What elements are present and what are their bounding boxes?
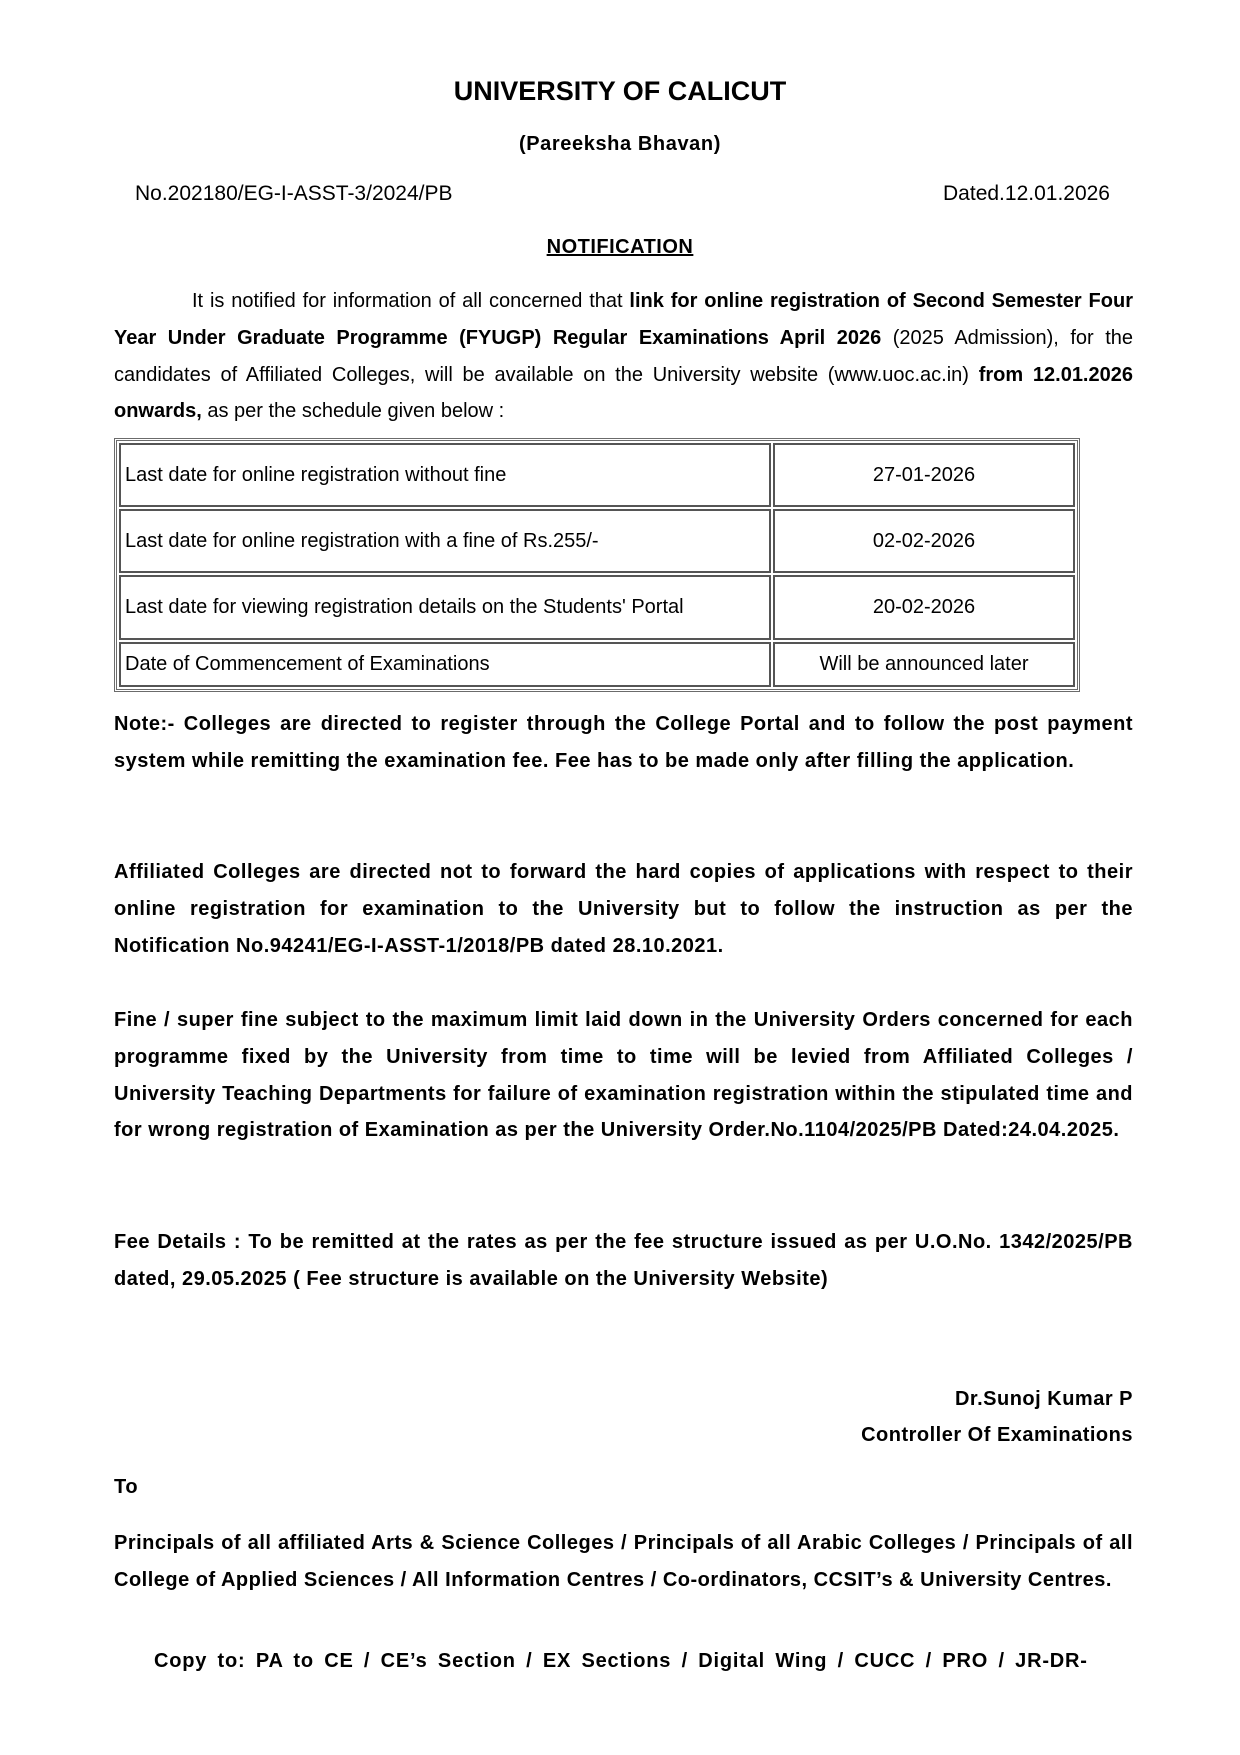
note-paragraph: Note:- Colleges are directed to register…: [114, 706, 1133, 780]
table-row: Last date for online registration with a…: [119, 509, 1075, 573]
copy-to-line: Copy to: PA to CE / CE’s Section / EX Se…: [154, 1650, 1130, 1673]
schedule-label: Date of Commencement of Examinations: [119, 642, 771, 687]
recipients-paragraph: Principals of all affiliated Arts & Scie…: [114, 1525, 1133, 1599]
university-title: UNIVERSITY OF CALICUT: [0, 76, 1240, 107]
to-label: To: [114, 1476, 138, 1499]
schedule-value: 20-02-2026: [773, 575, 1075, 640]
reference-number: No.202180/EG-I-ASST-3/2024/PB: [135, 182, 453, 206]
intro-text-5: as per the schedule given below :: [202, 400, 504, 422]
intro-text-1: It is notified for information of all co…: [192, 290, 629, 312]
schedule-label: Last date for online registration withou…: [119, 443, 771, 507]
issue-date: Dated.12.01.2026: [943, 182, 1110, 206]
schedule-value: Will be announced later: [773, 642, 1075, 687]
office-subtitle: (Pareeksha Bhavan): [0, 133, 1240, 156]
schedule-label: Last date for online registration with a…: [119, 509, 771, 573]
table-row: Last date for viewing registration detai…: [119, 575, 1075, 640]
table-row: Date of Commencement of Examinations Wil…: [119, 642, 1075, 687]
affiliated-paragraph: Affiliated Colleges are directed not to …: [114, 854, 1133, 964]
table-row: Last date for online registration withou…: [119, 443, 1075, 507]
fee-details-paragraph: Fee Details : To be remitted at the rate…: [114, 1224, 1133, 1298]
schedule-value: 27-01-2026: [773, 443, 1075, 507]
notification-heading: NOTIFICATION: [0, 236, 1240, 259]
schedule-table: Last date for online registration withou…: [114, 438, 1080, 692]
signatory-designation: Controller Of Examinations: [861, 1424, 1133, 1447]
schedule-value: 02-02-2026: [773, 509, 1075, 573]
intro-paragraph: It is notified for information of all co…: [114, 283, 1133, 430]
schedule-label: Last date for viewing registration detai…: [119, 575, 771, 640]
signatory-name: Dr.Sunoj Kumar P: [955, 1388, 1133, 1411]
fine-paragraph: Fine / super fine subject to the maximum…: [114, 1002, 1133, 1149]
